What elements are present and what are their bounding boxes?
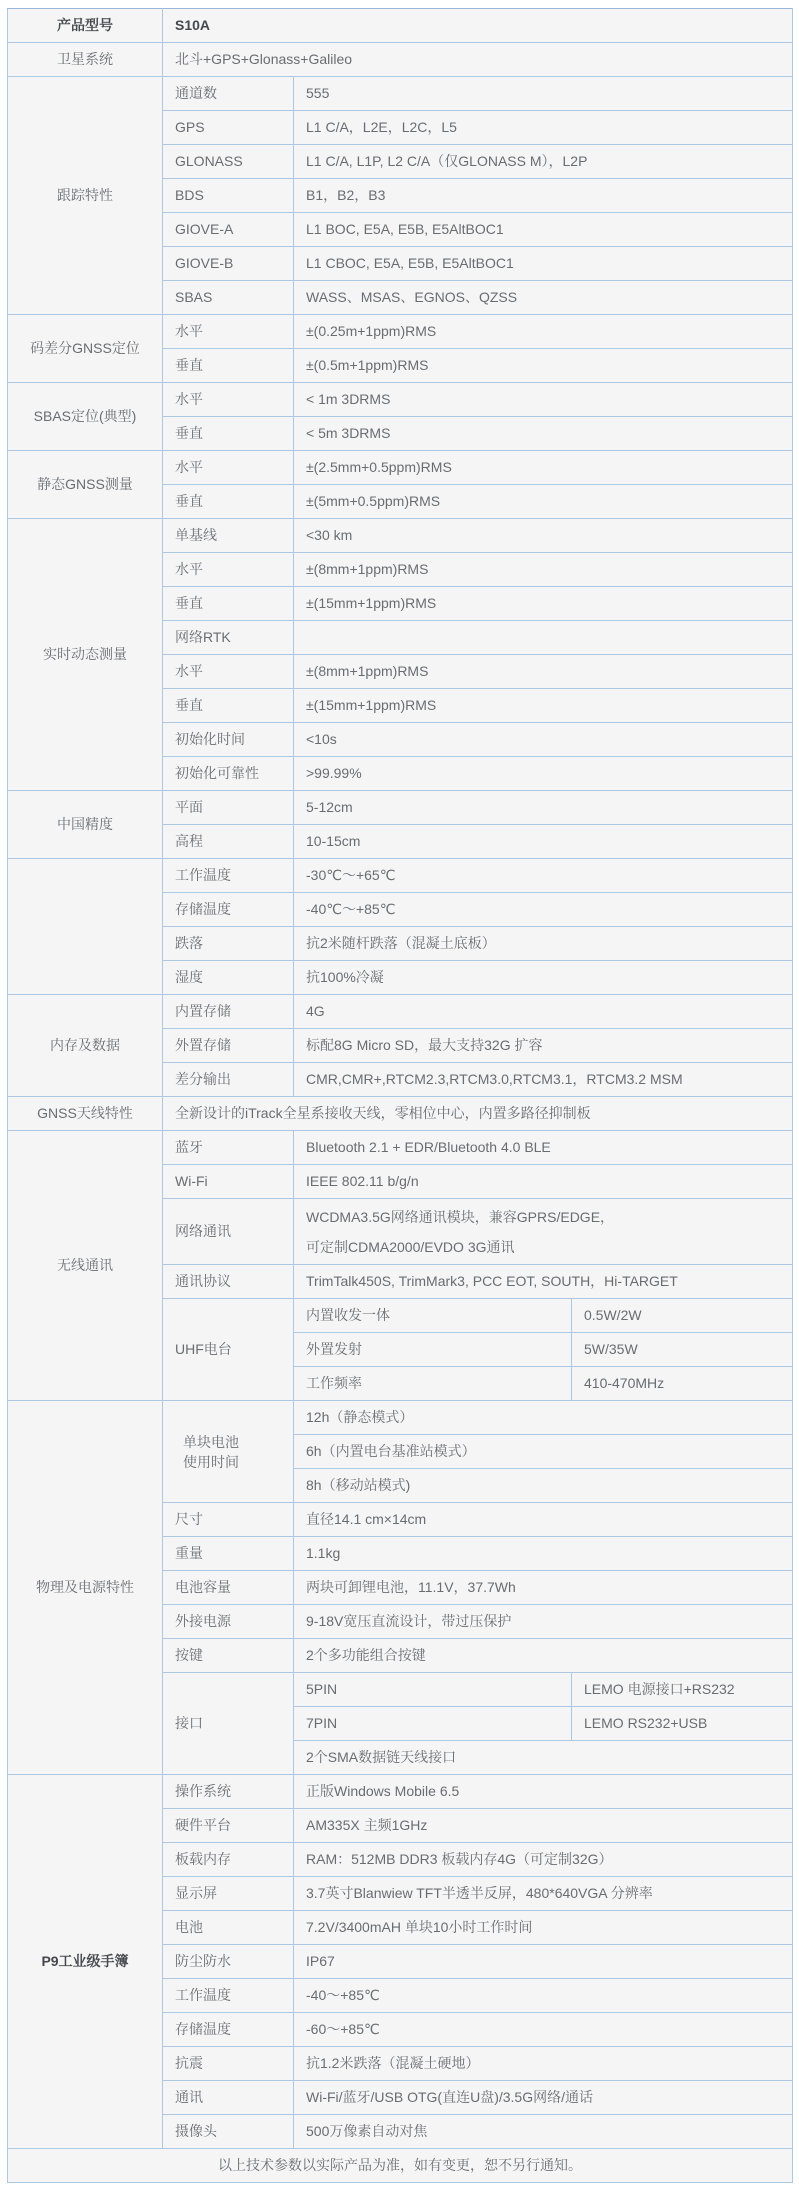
spec-value: ±(0.5m+1ppm)RMS <box>294 349 793 383</box>
spec-value: 两块可卸锂电池，11.1V，37.7Wh <box>294 1571 793 1605</box>
spec-value: -30℃～+65℃ <box>294 859 793 893</box>
subgroup-label-uhf: UHF电台 <box>163 1299 294 1401</box>
table-row: 无线通讯 蓝牙 Bluetooth 2.1 + EDR/Bluetooth 4.… <box>8 1131 793 1165</box>
group-label-code-dgnss: 码差分GNSS定位 <box>8 315 163 383</box>
spec-key: 工作频率 <box>294 1367 572 1401</box>
spec-value: L1 C/A，L2E，L2C，L5 <box>294 111 793 145</box>
spec-key: 垂直 <box>163 349 294 383</box>
spec-value: <30 km <box>294 519 793 553</box>
spec-key: 7PIN <box>294 1707 572 1741</box>
spec-value: Bluetooth 2.1 + EDR/Bluetooth 4.0 BLE <box>294 1131 793 1165</box>
spec-key: 5PIN <box>294 1673 572 1707</box>
spec-key: 卫星系统 <box>8 43 163 77</box>
spec-key: 抗震 <box>163 2047 294 2081</box>
table-row: 静态GNSS测量 水平 ±(2.5mm+0.5ppm)RMS <box>8 451 793 485</box>
spec-value: 6h（内置电台基准站模式） <box>294 1435 793 1469</box>
group-label-memory: 内存及数据 <box>8 995 163 1097</box>
spec-value: RAM：512MB DDR3 板载内存4G（可定制32G） <box>294 1843 793 1877</box>
spec-key: 外接电源 <box>163 1605 294 1639</box>
spec-key: GIOVE-A <box>163 213 294 247</box>
spec-key: GIOVE-B <box>163 247 294 281</box>
group-label-wireless: 无线通讯 <box>8 1131 163 1401</box>
spec-key: 垂直 <box>163 587 294 621</box>
spec-key: SBAS <box>163 281 294 315</box>
spec-value: 北斗+GPS+Glonass+Galileo <box>163 43 793 77</box>
spec-value: ±(15mm+1ppm)RMS <box>294 587 793 621</box>
table-row: 实时动态测量 单基线 <30 km <box>8 519 793 553</box>
spec-key: 通讯 <box>163 2081 294 2115</box>
spec-key: 外置存储 <box>163 1029 294 1063</box>
network-line-1: WCDMA3.5G网络通讯模块，兼容GPRS/EDGE， <box>306 1202 780 1232</box>
spec-key: 平面 <box>163 791 294 825</box>
table-row: 工作温度 -30℃～+65℃ <box>8 859 793 893</box>
spec-key: 垂直 <box>163 689 294 723</box>
group-label-antenna: GNSS天线特性 <box>8 1097 163 1131</box>
spec-key: 跌落 <box>163 927 294 961</box>
spec-value: LEMO 电源接口+RS232 <box>572 1673 793 1707</box>
spec-value: 1.1kg <box>294 1537 793 1571</box>
table-row: 物理及电源特性 单块电池 使用时间 12h（静态模式） <box>8 1401 793 1435</box>
spec-key: 尺寸 <box>163 1503 294 1537</box>
spec-key: 水平 <box>163 383 294 417</box>
spec-key: 操作系统 <box>163 1775 294 1809</box>
spec-key: 工作温度 <box>163 1979 294 2013</box>
spec-key: 摄像头 <box>163 2115 294 2149</box>
spec-value: < 1m 3DRMS <box>294 383 793 417</box>
product-model-label: 产品型号 <box>8 9 163 43</box>
spec-value: 555 <box>294 77 793 111</box>
spec-value: 410-470MHz <box>572 1367 793 1401</box>
spec-key: 水平 <box>163 553 294 587</box>
spec-value: IP67 <box>294 1945 793 1979</box>
table-row: 卫星系统 北斗+GPS+Glonass+Galileo <box>8 43 793 77</box>
spec-key: 存储温度 <box>163 893 294 927</box>
table-row: 跟踪特性 通道数 555 <box>8 77 793 111</box>
spec-value <box>294 621 793 655</box>
spec-key: 网络RTK <box>163 621 294 655</box>
spec-key: GPS <box>163 111 294 145</box>
spec-value: 2个SMA数据链天线接口 <box>294 1741 793 1775</box>
spec-value: B1，B2，B3 <box>294 179 793 213</box>
spec-key: 垂直 <box>163 485 294 519</box>
spec-value: >99.99% <box>294 757 793 791</box>
spec-value: 0.5W/2W <box>572 1299 793 1333</box>
spec-value: ±(5mm+0.5ppm)RMS <box>294 485 793 519</box>
spec-table: 产品型号 S10A 卫星系统 北斗+GPS+Glonass+Galileo 跟踪… <box>7 8 793 2183</box>
group-label-static-gnss: 静态GNSS测量 <box>8 451 163 519</box>
spec-key: 通讯协议 <box>163 1265 294 1299</box>
subgroup-label-battery-time: 单块电池 使用时间 <box>163 1401 294 1503</box>
spec-value: L1 BOC, E5A, E5B, E5AltBOC1 <box>294 213 793 247</box>
spec-key: 板载内存 <box>163 1843 294 1877</box>
spec-value: ±(8mm+1ppm)RMS <box>294 553 793 587</box>
spec-value: 9-18V宽压直流设计，带过压保护 <box>294 1605 793 1639</box>
spec-key: GLONASS <box>163 145 294 179</box>
group-label-sbas-pos: SBAS定位(典型) <box>8 383 163 451</box>
spec-key: Wi-Fi <box>163 1165 294 1199</box>
spec-value: < 5m 3DRMS <box>294 417 793 451</box>
spec-value: 直径14.1 cm×14cm <box>294 1503 793 1537</box>
spec-value: CMR,CMR+,RTCM2.3,RTCM3.0,RTCM3.1，RTCM3.2… <box>294 1063 793 1097</box>
spec-key: 按键 <box>163 1639 294 1673</box>
spec-key: 电池 <box>163 1911 294 1945</box>
spec-key: 高程 <box>163 825 294 859</box>
spec-value: ±(2.5mm+0.5ppm)RMS <box>294 451 793 485</box>
spec-value: WASS、MSAS、EGNOS、QZSS <box>294 281 793 315</box>
spec-key: 通道数 <box>163 77 294 111</box>
group-label-china-accuracy: 中国精度 <box>8 791 163 859</box>
spec-value: ±(0.25m+1ppm)RMS <box>294 315 793 349</box>
spec-value: L1 C/A, L1P, L2 C/A（仅GLONASS M），L2P <box>294 145 793 179</box>
spec-key: 外置发射 <box>294 1333 572 1367</box>
spec-value: L1 CBOC, E5A, E5B, E5AltBOC1 <box>294 247 793 281</box>
network-line-2: 可定制CDMA2000/EVDO 3G通讯 <box>306 1232 780 1262</box>
spec-value: 抗100%冷凝 <box>294 961 793 995</box>
spec-key: 初始化时间 <box>163 723 294 757</box>
spec-key: 差分输出 <box>163 1063 294 1097</box>
spec-value: <10s <box>294 723 793 757</box>
table-row: 内存及数据 内置存储 4G <box>8 995 793 1029</box>
spec-key: 网络通讯 <box>163 1199 294 1265</box>
spec-value: 3.7英寸Blanwiew TFT半透半反屏，480*640VGA 分辨率 <box>294 1877 793 1911</box>
spec-value: 抗2米随杆跌落（混凝土底板） <box>294 927 793 961</box>
table-row: 中国精度 平面 5-12cm <box>8 791 793 825</box>
spec-value: ±(15mm+1ppm)RMS <box>294 689 793 723</box>
table-row: 以上技术参数以实际产品为准，如有变更，恕不另行通知。 <box>8 2149 793 2183</box>
spec-key: 水平 <box>163 655 294 689</box>
group-label-physical: 物理及电源特性 <box>8 1401 163 1775</box>
table-row: 码差分GNSS定位 水平 ±(0.25m+1ppm)RMS <box>8 315 793 349</box>
spec-value: AM335X 主频1GHz <box>294 1809 793 1843</box>
spec-value: 500万像素自动对焦 <box>294 2115 793 2149</box>
spec-value: 标配8G Micro SD，最大支持32G 扩容 <box>294 1029 793 1063</box>
group-label-tracking: 跟踪特性 <box>8 77 163 315</box>
spec-key: 初始化可靠性 <box>163 757 294 791</box>
spec-value: 10-15cm <box>294 825 793 859</box>
spec-key: 存储温度 <box>163 2013 294 2047</box>
spec-key: 工作温度 <box>163 859 294 893</box>
footer-note: 以上技术参数以实际产品为准，如有变更，恕不另行通知。 <box>8 2149 793 2183</box>
spec-key: 单基线 <box>163 519 294 553</box>
product-model-value: S10A <box>163 9 793 43</box>
table-row: GNSS天线特性 全新设计的iTrack全星系接收天线，零相位中心，内置多路径抑… <box>8 1097 793 1131</box>
spec-key: 防尘防水 <box>163 1945 294 1979</box>
spec-value: 5W/35W <box>572 1333 793 1367</box>
spec-value: 抗1.2米跌落（混凝土硬地） <box>294 2047 793 2081</box>
spec-value: WCDMA3.5G网络通讯模块，兼容GPRS/EDGE， 可定制CDMA2000… <box>294 1199 793 1265</box>
spec-value: 2个多功能组合按键 <box>294 1639 793 1673</box>
table-row: P9工业级手簿 操作系统 正版Windows Mobile 6.5 <box>8 1775 793 1809</box>
subgroup-label-ports: 接口 <box>163 1673 294 1775</box>
spec-value: 全新设计的iTrack全星系接收天线，零相位中心，内置多路径抑制板 <box>163 1097 793 1131</box>
spec-value: ±(8mm+1ppm)RMS <box>294 655 793 689</box>
spec-key: 垂直 <box>163 417 294 451</box>
spec-key: 湿度 <box>163 961 294 995</box>
spec-value: 8h（移动站模式) <box>294 1469 793 1503</box>
battery-label-line-1: 单块电池 <box>175 1432 281 1452</box>
spec-key: 显示屏 <box>163 1877 294 1911</box>
spec-value: 4G <box>294 995 793 1029</box>
spec-value: -40～+85℃ <box>294 1979 793 2013</box>
table-row: 产品型号 S10A <box>8 9 793 43</box>
group-label-p9-controller: P9工业级手簿 <box>8 1775 163 2149</box>
spec-key: 电池容量 <box>163 1571 294 1605</box>
spec-key: 重量 <box>163 1537 294 1571</box>
spec-key: 水平 <box>163 451 294 485</box>
spec-key: 内置存储 <box>163 995 294 1029</box>
spec-value: -60～+85℃ <box>294 2013 793 2047</box>
spec-value: Wi-Fi/蓝牙/USB OTG(直连U盘)/3.5G网络/通话 <box>294 2081 793 2115</box>
spec-key: 水平 <box>163 315 294 349</box>
spec-key: BDS <box>163 179 294 213</box>
page: 产品型号 S10A 卫星系统 北斗+GPS+Glonass+Galileo 跟踪… <box>0 0 799 2195</box>
spec-value: IEEE 802.11 b/g/n <box>294 1165 793 1199</box>
battery-label-line-2: 使用时间 <box>175 1452 281 1472</box>
spec-value: 12h（静态模式） <box>294 1401 793 1435</box>
spec-key: 蓝牙 <box>163 1131 294 1165</box>
spec-key: 硬件平台 <box>163 1809 294 1843</box>
group-label-rtk: 实时动态测量 <box>8 519 163 791</box>
spec-value: 5-12cm <box>294 791 793 825</box>
table-row: SBAS定位(典型) 水平 < 1m 3DRMS <box>8 383 793 417</box>
spec-key: 内置收发一体 <box>294 1299 572 1333</box>
spec-value: 7.2V/3400mAH 单块10小时工作时间 <box>294 1911 793 1945</box>
spec-value: 正版Windows Mobile 6.5 <box>294 1775 793 1809</box>
spec-value: TrimTalk450S, TrimMark3, PCC EOT, SOUTH，… <box>294 1265 793 1299</box>
spec-value: -40℃～+85℃ <box>294 893 793 927</box>
group-label-environment <box>8 859 163 995</box>
spec-value: LEMO RS232+USB <box>572 1707 793 1741</box>
